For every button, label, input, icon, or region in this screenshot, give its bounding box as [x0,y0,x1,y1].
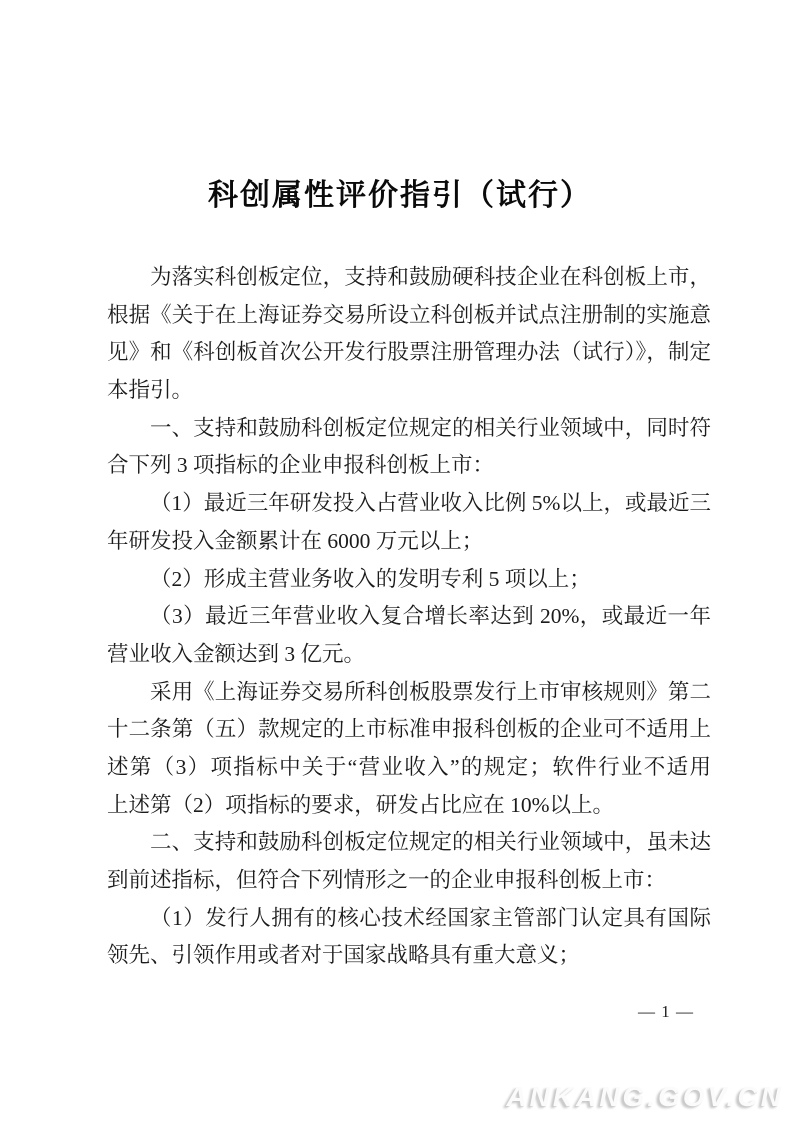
body-line: 述第（3）项指标中关于“营业收入”的规定；软件行业不适用 [107,749,711,787]
body-line: 采用《上海证券交易所科创板股票发行上市审核规则》第二 [107,674,711,712]
page-number: — 1 — [638,1000,694,1024]
document-body: 为落实科创板定位，支持和鼓励硬科技企业在科创板上市，根据《关于在上海证券交易所设… [107,259,711,975]
body-line: 十二条第（五）款规定的上市标准申报科创板的企业可不适用上 [107,711,711,749]
body-line: （2）形成主营业务收入的发明专利 5 项以上； [107,561,711,599]
body-line: 上述第（2）项指标的要求，研发占比应在 10%以上。 [107,787,711,825]
document-title: 科创属性评价指引（试行） [0,177,800,215]
body-line: 年研发投入金额累计在 6000 万元以上； [107,523,711,561]
body-line: （1）发行人拥有的核心技术经国家主管部门认定具有国际 [107,900,711,938]
site-watermark: ANKANG.GOV.CN [506,1079,784,1115]
document-page: 科创属性评价指引（试行） 为落实科创板定位，支持和鼓励硬科技企业在科创板上市，根… [0,0,800,1131]
body-line: （1）最近三年研发投入占营业收入比例 5%以上，或最近三 [107,485,711,523]
body-line: 见》和《科创板首次公开发行股票注册管理办法（试行）》，制定 [107,334,711,372]
body-line: （3）最近三年营业收入复合增长率达到 20%，或最近一年 [107,598,711,636]
body-line: 营业收入金额达到 3 亿元。 [107,636,711,674]
body-line: 本指引。 [107,372,711,410]
body-line: 为落实科创板定位，支持和鼓励硬科技企业在科创板上市， [107,259,711,297]
body-line: 二、支持和鼓励科创板定位规定的相关行业领域中，虽未达 [107,824,711,862]
body-line: 领先、引领作用或者对于国家战略具有重大意义； [107,937,711,975]
body-line: 一、支持和鼓励科创板定位规定的相关行业领域中，同时符 [107,410,711,448]
body-line: 合下列 3 项指标的企业申报科创板上市： [107,447,711,485]
body-line: 到前述指标，但符合下列情形之一的企业申报科创板上市： [107,862,711,900]
body-line: 根据《关于在上海证券交易所设立科创板并试点注册制的实施意 [107,297,711,335]
